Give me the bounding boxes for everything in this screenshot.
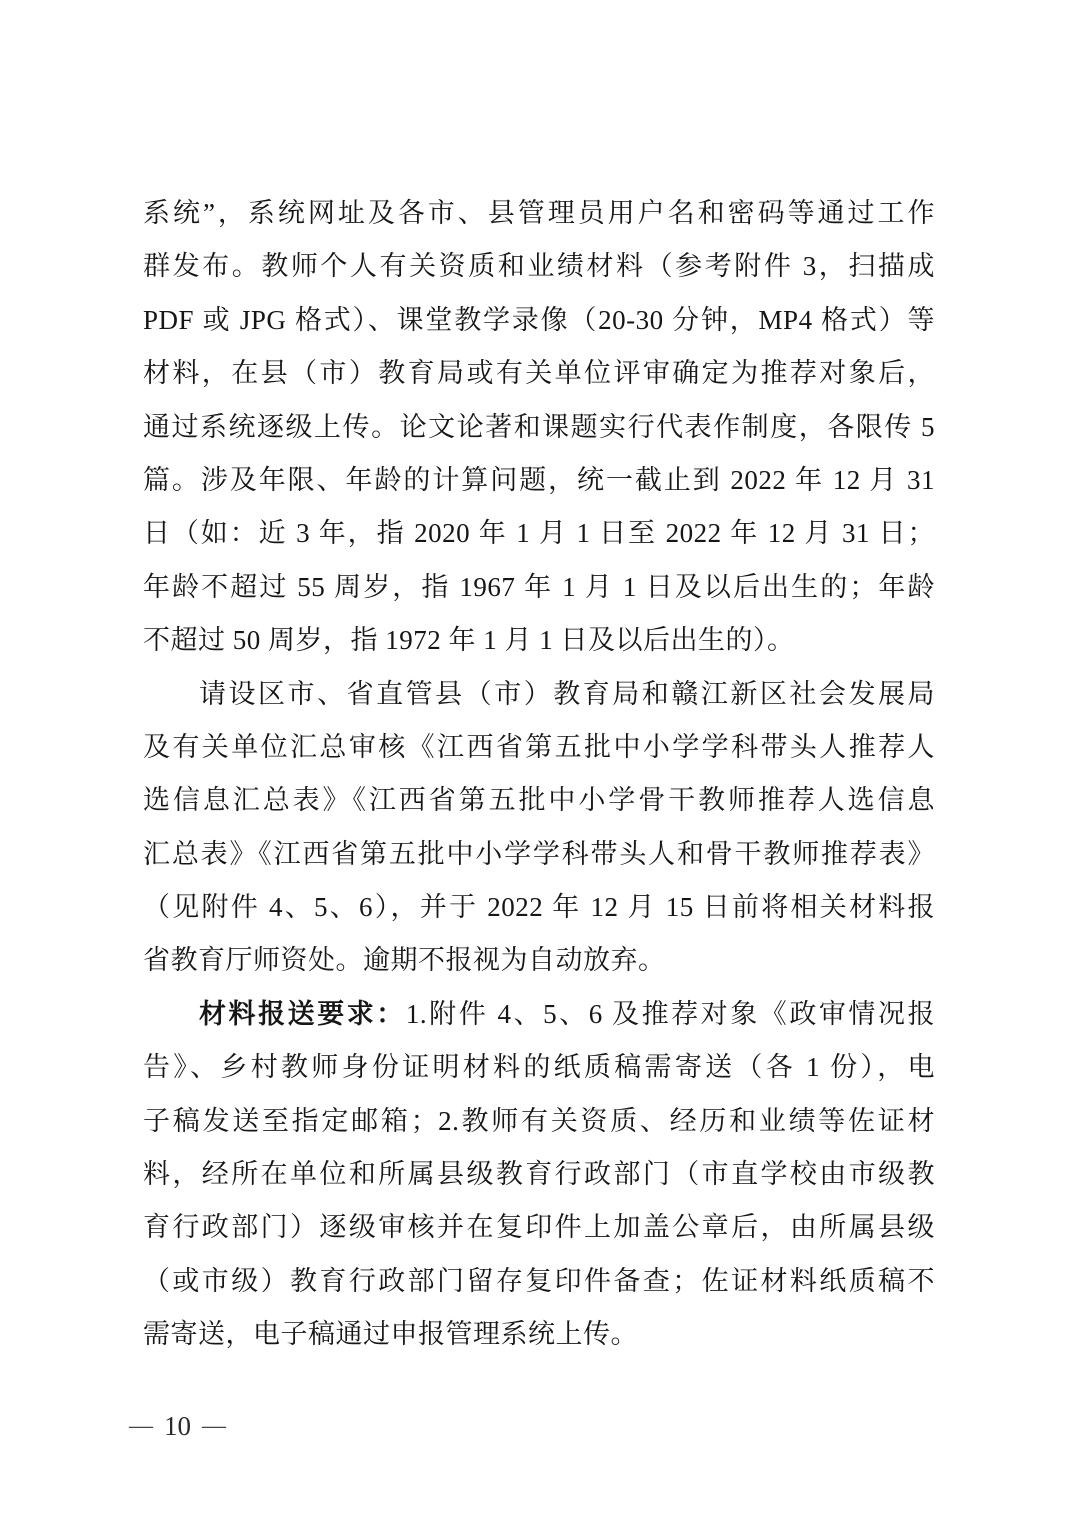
text-line: 篇。涉及年限、年龄的计算问题，统一截止到 2022 年 12 月 31 [143,454,935,507]
text-line: 子稿发送至指定邮箱；2.教师有关资质、经历和业绩等佐证材 [143,1095,935,1148]
text-line: 日（如：近 3 年，指 2020 年 1 月 1 日至 2022 年 12 月 … [143,507,935,560]
text-line: 选信息汇总表》《江西省第五批中小学骨干教师推荐人选信息 [143,774,935,827]
lead-line-rest: 1.附件 4、5、6 及推荐对象《政审情况报 [406,999,935,1029]
page-footer: — 10 — [129,1411,226,1442]
text-line: 材料，在县（市）教育局或有关单位评审确定为推荐对象后， [143,347,935,400]
text-line: 材料报送要求：1.附件 4、5、6 及推荐对象《政审情况报 [143,988,935,1041]
text-line: PDF 或 JPG 格式）、课堂教学录像（20-30 分钟，MP4 格式）等 [143,294,935,347]
text-line: 告》、乡村教师身份证明材料的纸质稿需寄送（各 1 份），电 [143,1041,935,1094]
text-line: 通过系统逐级上传。论文论著和课题实行代表作制度，各限传 5 [143,401,935,454]
text-line: 汇总表》《江西省第五批中小学学科带头人和骨干教师推荐表》 [143,828,935,881]
text-line: 育行政部门）逐级审核并在复印件上加盖公章后，由所属县级 [143,1201,935,1254]
text-line: （见附件 4、5、6），并于 2022 年 12 月 15 日前将相关材料报 [143,881,935,934]
text-line: 群发布。教师个人有关资质和业绩材料（参考附件 3，扫描成 [143,240,935,293]
footer-dash-right: — [202,1413,226,1440]
text-line: 需寄送，电子稿通过申报管理系统上传。 [143,1308,935,1361]
text-line: 及有关单位汇总审核《江西省第五批中小学学科带头人推荐人 [143,721,935,774]
document-body: 系统”，系统网址及各市、县管理员用户名和密码等通过工作 群发布。教师个人有关资质… [143,187,935,1362]
text-line: 省教育厅师资处。逾期不报视为自动放弃。 [143,934,935,987]
text-line: 系统”，系统网址及各市、县管理员用户名和密码等通过工作 [143,187,935,240]
text-line: 料，经所在单位和所属县级教育行政部门（市直学校由市级教 [143,1148,935,1201]
text-line: 不超过 50 周岁，指 1972 年 1 月 1 日及以后出生的）。 [143,614,935,667]
document-page: 系统”，系统网址及各市、县管理员用户名和密码等通过工作 群发布。教师个人有关资质… [0,0,1074,1520]
text-line: （或市级）教育行政部门留存复印件备查；佐证材料纸质稿不 [143,1255,935,1308]
bold-lead: 材料报送要求： [199,999,406,1029]
page-number: 10 [164,1411,191,1442]
text-line: 请设区市、省直管县（市）教育局和赣江新区社会发展局 [143,668,935,721]
text-line: 年龄不超过 55 周岁，指 1967 年 1 月 1 日及以后出生的；年龄 [143,561,935,614]
footer-dash-left: — [129,1413,153,1440]
